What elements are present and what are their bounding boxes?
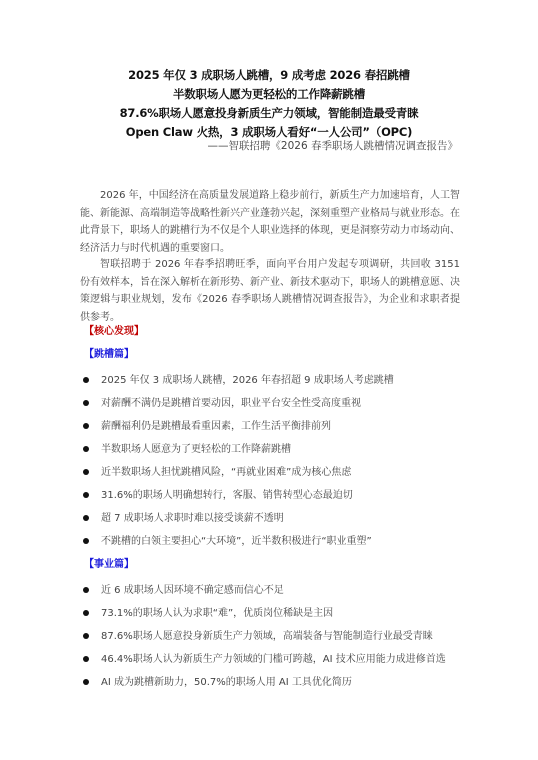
bullet-icon bbox=[83, 446, 89, 452]
list-item: 近 6 成职场人因环境不确定感而信心不足 bbox=[80, 579, 446, 602]
list-item: 半数职场人愿意为了更轻松的工作降薪跳槽 bbox=[80, 438, 394, 461]
career-list: 近 6 成职场人因环境不确定感而信心不足 73.1%的职场人认为求职“难”，优质… bbox=[80, 579, 446, 694]
title-line-1: 2025 年仅 3 成职场人跳槽，9 成考虑 2026 春招跳槽 bbox=[0, 66, 538, 85]
bullet-icon bbox=[83, 633, 89, 639]
bullet-icon bbox=[83, 679, 89, 685]
intro-paragraph-1: 2026 年，中国经济在高质量发展道路上稳步前行，新质生产力加速培育，人工智能、… bbox=[80, 187, 460, 257]
bullet-icon bbox=[83, 377, 89, 383]
bullet-icon bbox=[83, 610, 89, 616]
list-item: 近半数职场人担忧跳槽风险，“再就业困难”成为核心焦虑 bbox=[80, 461, 394, 484]
title-line-2: 半数职场人愿为更轻松的工作降薪跳槽 bbox=[0, 85, 538, 104]
document-page: 2025 年仅 3 成职场人跳槽，9 成考虑 2026 春招跳槽 半数职场人愿为… bbox=[0, 0, 538, 760]
bullet-icon bbox=[83, 469, 89, 475]
career-heading: 【事业篇】 bbox=[84, 555, 134, 570]
list-item: 薪酬福利仍是跳槽最看重因素，工作生活平衡排前列 bbox=[80, 415, 394, 438]
list-item: 87.6%职场人愿意投身新质生产力领域，高端装备与智能制造行业最受青睐 bbox=[80, 625, 446, 648]
bullet-icon bbox=[83, 538, 89, 544]
title-block: 2025 年仅 3 成职场人跳槽，9 成考虑 2026 春招跳槽 半数职场人愿为… bbox=[0, 66, 538, 142]
bullet-icon bbox=[83, 492, 89, 498]
intro-paragraph-2: 智联招聘于 2026 年春季招聘旺季，面向平台用户发起专项调研，共回收 3151… bbox=[80, 256, 460, 326]
list-item: 超 7 成职场人求职时难以接受谈薪不透明 bbox=[80, 507, 394, 530]
bullet-icon bbox=[83, 515, 89, 521]
source-attribution: ——智联招聘《2026 春季职场人跳槽情况调查报告》 bbox=[207, 138, 458, 153]
list-item: 46.4%职场人认为新质生产力领域的门槛可跨越，AI 技术应用能力成进修首选 bbox=[80, 648, 446, 671]
list-item: 对薪酬不满仍是跳槽首要动因，职业平台安全性受高度重视 bbox=[80, 392, 394, 415]
bullet-icon bbox=[83, 400, 89, 406]
job-hopping-heading: 【跳槽篇】 bbox=[84, 345, 134, 360]
core-findings-heading: 【核心发现】 bbox=[84, 322, 144, 337]
bullet-icon bbox=[83, 656, 89, 662]
list-item: 31.6%的职场人明确想转行，客服、销售转型心态最迫切 bbox=[80, 484, 394, 507]
bullet-icon bbox=[83, 423, 89, 429]
job-hopping-list: 2025 年仅 3 成职场人跳槽，2026 年春招超 9 成职场人考虑跳槽 对薪… bbox=[80, 369, 394, 553]
bullet-icon bbox=[83, 587, 89, 593]
list-item: 2025 年仅 3 成职场人跳槽，2026 年春招超 9 成职场人考虑跳槽 bbox=[80, 369, 394, 392]
list-item: 73.1%的职场人认为求职“难”，优质岗位稀缺是主因 bbox=[80, 602, 446, 625]
list-item: AI 成为跳槽新助力，50.7%的职场人用 AI 工具优化简历 bbox=[80, 671, 446, 694]
title-line-3: 87.6%职场人愿意投身新质生产力领域，智能制造最受青睐 bbox=[0, 104, 538, 123]
list-item: 不跳槽的白领主要担心“大环境”，近半数积极进行“职业重塑” bbox=[80, 530, 394, 553]
